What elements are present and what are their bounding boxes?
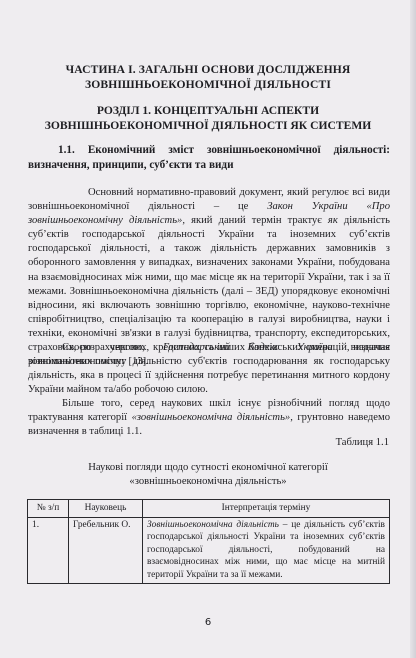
text: Своєю чергою, — [62, 342, 163, 353]
term-italic: Зовнішньоекономічна діяльність — [147, 520, 279, 530]
paragraph-scientific-views: Більше того, серед наукових шкіл існує р… — [28, 397, 390, 439]
table-header-row: № з/п Науковець Інтерпретація терміну — [28, 500, 390, 518]
cell-scholar: Гребельник О. — [69, 517, 143, 583]
cell-interpretation: Зовнішньоекономічна діяльність – це діял… — [143, 517, 390, 583]
table-title-line2: «зовнішньоекономічна діяльність» — [0, 475, 416, 489]
header-number: № з/п — [28, 500, 69, 518]
term-italic: «зовнішньоекономічна діяльність» — [132, 412, 291, 423]
code-title-italic: Господарський Кодекс України — [163, 342, 333, 353]
section-heading-line1: РОЗДІЛ 1. КОНЦЕПТУАЛЬНІ АСПЕКТИ — [0, 103, 416, 118]
page-number: 6 — [0, 617, 416, 628]
header-scholar: Науковець — [69, 500, 143, 518]
header-interpretation: Інтерпретація терміну — [143, 500, 390, 518]
document-page: ЧАСТИНА І. ЗАГАЛЬНІ ОСНОВИ ДОСЛІДЖЕННЯ З… — [0, 0, 416, 658]
table-label: Таблиця 1.1 — [336, 437, 389, 448]
subsection-heading-line1: 1.1. Економічний зміст зовнішньоекономіч… — [28, 143, 390, 158]
paragraph-commercial-code: Своєю чергою, Господарський Кодекс Украї… — [28, 341, 390, 397]
italic-word: як — [328, 215, 338, 226]
part-heading-line1: ЧАСТИНА І. ЗАГАЛЬНІ ОСНОВИ ДОСЛІДЖЕННЯ — [0, 62, 416, 77]
subsection-heading-line2: визначення, принципи, суб’єкти та види — [28, 158, 234, 173]
table-title-line1: Наукові погляди щодо сутності економічно… — [0, 461, 416, 475]
cell-number: 1. — [28, 517, 69, 583]
text: який даний термін трактує — [185, 215, 328, 226]
table-row: 1. Гребельник О. Зовнішньоекономічна дія… — [28, 517, 390, 583]
section-heading-line2: ЗОВНІШНЬОЕКОНОМІЧНОЇ ДІЯЛЬНОСТІ ЯК СИСТЕ… — [0, 118, 416, 133]
part-heading-line2: ЗОВНІШНЬОЕКОНОМІЧНОЇ ДІЯЛЬНОСТІ — [0, 77, 416, 92]
page-edge-shadow — [410, 0, 416, 658]
definitions-table: № з/п Науковець Інтерпретація терміну 1.… — [27, 499, 390, 584]
